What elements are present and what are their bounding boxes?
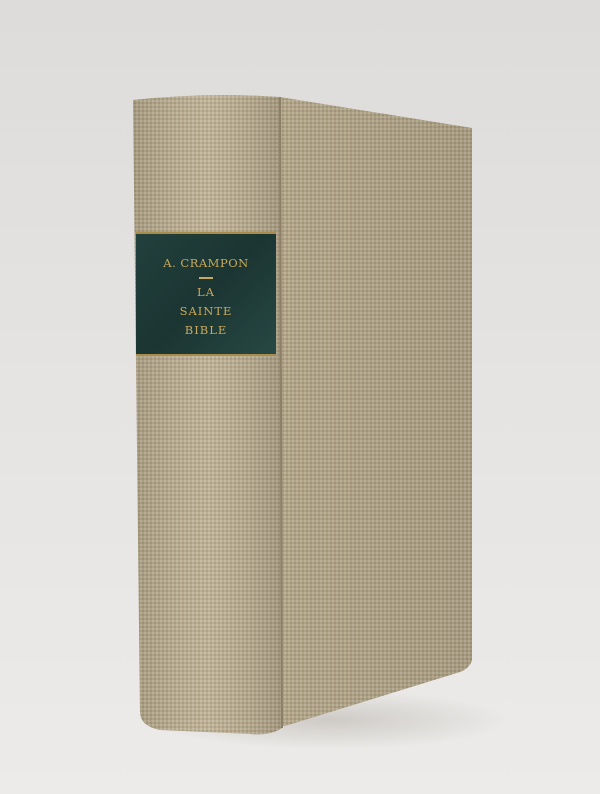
- photo-scene: A. CRAMPON LA SAINTE BIBLE: [0, 0, 600, 794]
- spine-title-line-3: BIBLE: [136, 321, 276, 340]
- spine-label: A. CRAMPON LA SAINTE BIBLE: [136, 232, 276, 356]
- spine-author-text: A. CRAMPON: [136, 256, 276, 270]
- spine-title-line-1: LA: [136, 283, 276, 302]
- book-illustration: [0, 0, 600, 794]
- spine-title-line-2: SAINTE: [136, 302, 276, 321]
- gilt-rule: [199, 277, 213, 279]
